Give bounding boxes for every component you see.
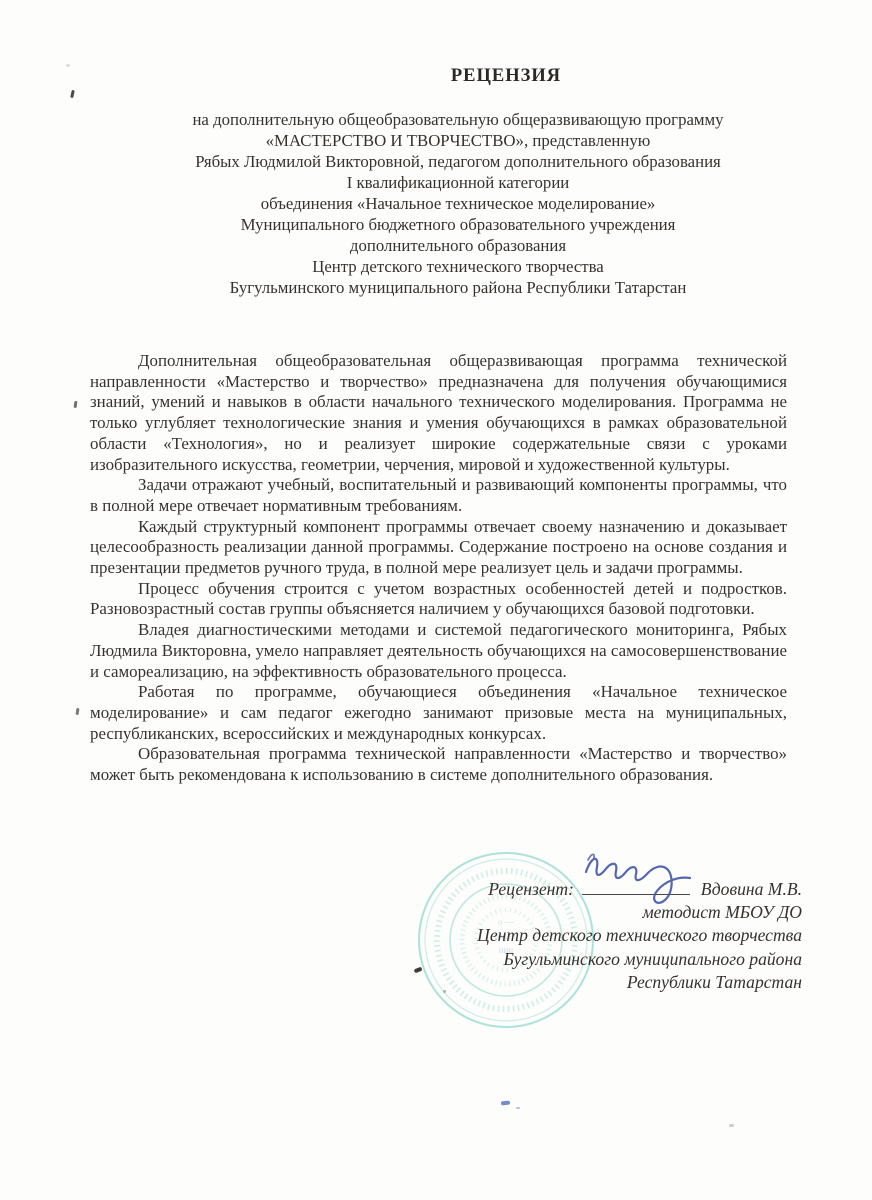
- signature-ink-icon: [572, 846, 732, 908]
- header-line: Муниципального бюджетного образовательно…: [44, 214, 872, 235]
- scan-speck: [70, 90, 75, 98]
- body-paragraph: Владея диагностическими методами и систе…: [90, 620, 787, 682]
- header-line: «МАСТЕРСТВО И ТВОРЧЕСТВО», представленну…: [44, 130, 872, 151]
- header-line: I квалификационной категории: [44, 172, 872, 193]
- document-header: на дополнительную общеобразовательную об…: [0, 109, 872, 298]
- scan-speck: [76, 708, 80, 715]
- header-line: Бугульминского муниципального района Рес…: [44, 277, 872, 298]
- ink-speck: [516, 1107, 520, 1109]
- signature-detail-line: Центр детского технического творчества: [477, 924, 802, 947]
- scan-speck: [74, 401, 78, 408]
- signature-block: Рецензент: Вдовина М.В. методист МБОУ ДО…: [477, 878, 802, 994]
- signature-detail-lines: методист МБОУ ДОЦентр детского техническ…: [477, 901, 802, 994]
- header-line: объединения «Начальное техническое модел…: [44, 193, 872, 214]
- signature-detail-line: Бугульминского муниципального района: [477, 948, 802, 971]
- reviewer-label: Рецензент:: [488, 879, 574, 899]
- body-paragraph: Работая по программе, обучающиеся объеди…: [90, 682, 787, 744]
- signature-line: [582, 880, 690, 895]
- header-line: Рябых Людмилой Викторовной, педагогом до…: [44, 151, 872, 172]
- body-paragraph: Задачи отражают учебный, воспитательный …: [90, 475, 787, 516]
- header-line: дополнительного образования: [44, 235, 872, 256]
- scanned-review-document: РЕЦЕНЗИЯ на дополнительную общеобразоват…: [0, 0, 872, 1200]
- scan-speck: [729, 1124, 734, 1127]
- signature-detail-line: Республики Татарстан: [477, 971, 802, 994]
- body-paragraph: Образовательная программа технической на…: [90, 744, 787, 785]
- header-line: Центр детского технического творчества: [44, 256, 872, 277]
- body-paragraph: Каждый структурный компонент программы о…: [90, 517, 787, 579]
- header-line: на дополнительную общеобразовательную об…: [44, 109, 872, 130]
- document-body: Дополнительная общеобразовательная общер…: [90, 351, 787, 786]
- body-paragraph: Дополнительная общеобразовательная общер…: [90, 351, 787, 475]
- ink-speck: [501, 1101, 510, 1106]
- document-title: РЕЦЕНЗИЯ: [0, 66, 872, 87]
- body-paragraph: Процесс обучения строится с учетом возра…: [90, 579, 787, 620]
- reviewer-row: Рецензент: Вдовина М.В.: [477, 878, 802, 901]
